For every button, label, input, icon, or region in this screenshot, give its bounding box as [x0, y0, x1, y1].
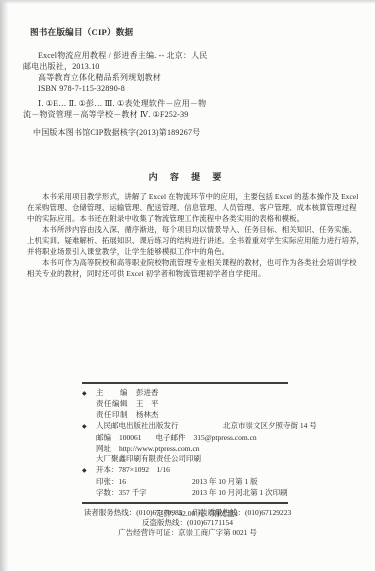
summary-line: 相关专业的教材，同时还可供 Excel 初学者和物流管理初学者自学使用。 [27, 268, 351, 279]
printer-row: 大厂聚鑫印刷有限责任公司印刷 [82, 454, 327, 465]
colophon-rows: ◆主 编彭进香 责任编辑王 平 责任印制杨林杰 ◆人民邮电出版社出版发行北京市崇… [82, 388, 327, 499]
duty-editor-label: 责任编辑 [96, 399, 128, 408]
summary-line: 并将职业场景引入课堂教学，让学生能够模拟工作中的角色。 [27, 246, 351, 257]
format-value: 787×1092 1/16 [119, 465, 170, 474]
cip-line: Excel物流应用教程 / 彭进香主编. -- 北京：人民 [23, 50, 358, 61]
format-label: 开本： [96, 465, 119, 474]
copyright-page: 图书在版编目（CIP）数据 Excel物流应用教程 / 彭进香主编. -- 北京… [0, 0, 375, 571]
duty-printer-row: 责任印制杨林杰 [82, 410, 327, 421]
summary-title: 内 容 提 要 [0, 170, 375, 183]
scan-edge-left [0, 0, 9, 571]
chief-editor-name: 彭进香 [136, 388, 159, 397]
colophon-block: ◆主 编彭进香 责任编辑王 平 责任印制杨林杰 ◆人民邮电出版社出版发行北京市崇… [82, 382, 327, 519]
printer-name: 大厂聚鑫印刷有限责任公司印刷 [96, 454, 201, 463]
cip-heading: 图书在版编目（CIP）数据 [30, 27, 358, 38]
diamond-bullet-icon: ◆ [82, 466, 96, 477]
hotline-row: 读者服务热线：(010)67170985印装质量热线：(010)67129223 [0, 508, 375, 518]
postcode-label: 邮编 [96, 433, 111, 442]
format-row: ◆开本：787×1092 1/16 [82, 465, 327, 476]
summary-line: 本书采用项目教学形式，讲解了 Excel 在物流环节中的应用，主要包括 Exce… [27, 191, 351, 202]
email-value: 315@ptpress.com.cn [194, 433, 257, 442]
service-hotline: 读者服务热线：(010)67170985 [84, 508, 183, 517]
printing-value: 2013 年 10 月河北第 1 次印刷 [192, 488, 288, 497]
publisher-row: ◆人民邮电出版社出版发行北京市崇文区夕照寺街 14 号 [82, 421, 327, 432]
divider-bottom [82, 502, 288, 504]
chief-editor-row: ◆主 编彭进香 [82, 388, 327, 399]
duty-printer-name: 杨林杰 [136, 410, 159, 419]
cip-line: 高等教育立体化精品系列规划教材 [23, 72, 358, 83]
cip-line: 流－物资管理－高等学校－教材 Ⅳ. ①F252-39 [23, 109, 358, 120]
email-label: 电子邮件 [156, 433, 186, 442]
cip-line: 邮电出版社，2013.10 [23, 61, 358, 72]
words-label: 字数： [96, 488, 119, 497]
divider-top [82, 382, 288, 384]
website-row: 网址http://www.ptpress.com.cn [82, 444, 327, 455]
summary-block: 本书采用项目教学形式，讲解了 Excel 在物流环节中的应用，主要包括 Exce… [27, 191, 351, 279]
duty-editor-row: 责任编辑王 平 [82, 399, 327, 410]
postcode-value: 100061 [119, 433, 142, 442]
sheets-cell: 印张：16 [96, 477, 192, 488]
diamond-bullet-icon: ◆ [82, 422, 96, 433]
footer-block: 读者服务热线：(010)67170985印装质量热线：(010)67129223… [0, 508, 375, 539]
postcode-email-row: 邮编100061电子邮件315@ptpress.com.cn [82, 433, 327, 444]
summary-line: 本书所涉内容由浅入深、循序渐进，每个项目均以情景导入、任务目标、相关知识、任务实… [27, 224, 351, 235]
sheets-label: 印张： [96, 477, 119, 486]
anti-piracy-hotline: 反盗版热线：(010)67171154 [0, 518, 375, 528]
edition-value: 2013 年 10 月第 1 版 [192, 477, 258, 486]
scan-edge-top [0, 0, 375, 4]
summary-line: 在采购管理、仓储管理、运输管理、配送管理、信息管理、人员管理、客户管理、成本核算… [27, 202, 351, 213]
duty-editor-name: 王 平 [136, 399, 159, 408]
cip-record-number: 中国版本图书馆CIP数据核字(2013)第189267号 [23, 127, 358, 138]
cip-block: 图书在版编目（CIP）数据 Excel物流应用教程 / 彭进香主编. -- 北京… [23, 27, 358, 138]
publisher-name: 人民邮电出版社出版发行 [96, 421, 223, 432]
cip-line: ISBN 978-7-115-32890-8 [23, 83, 358, 94]
summary-line: 本书可作为高等院校和高等职业院校物流管理专业相关课程的教材，也可作为各类社会培训… [27, 257, 351, 268]
quality-hotline: 印装质量热线：(010)67129223 [193, 508, 292, 517]
sheets-value: 16 [119, 477, 127, 486]
summary-line: 中的实际应用。本书还在附录中收集了物流管理工作流程中各类实用的表格和模板。 [27, 213, 351, 224]
words-printing-row: 字数：357 千字2013 年 10 月河北第 1 次印刷 [82, 488, 327, 499]
words-value: 357 千字 [119, 488, 147, 497]
sheets-edition-row: 印张：162013 年 10 月第 1 版 [82, 477, 327, 488]
website-value: http://www.ptpress.com.cn [119, 444, 200, 453]
website-label: 网址 [96, 444, 111, 453]
diamond-bullet-icon: ◆ [82, 389, 96, 400]
summary-line: 上机实训、疑难解析、拓展知识、课后练习的结构进行讲述。全书着重对学生实际应用能力… [27, 235, 351, 246]
publisher-address: 北京市崇文区夕照寺街 14 号 [223, 421, 317, 430]
cip-lines: Excel物流应用教程 / 彭进香主编. -- 北京：人民 邮电出版社，2013… [23, 50, 358, 138]
chief-editor-label: 主 编 [96, 388, 128, 397]
cip-line: Ⅰ. ①E… Ⅱ. ①彭… Ⅲ. ①表处理软件－应用－物 [23, 98, 358, 109]
words-cell: 字数：357 千字 [96, 488, 192, 499]
duty-printer-label: 责任印制 [96, 410, 128, 419]
ad-license: 广告经营许可证：京崇工商广字第 0021 号 [0, 528, 375, 538]
